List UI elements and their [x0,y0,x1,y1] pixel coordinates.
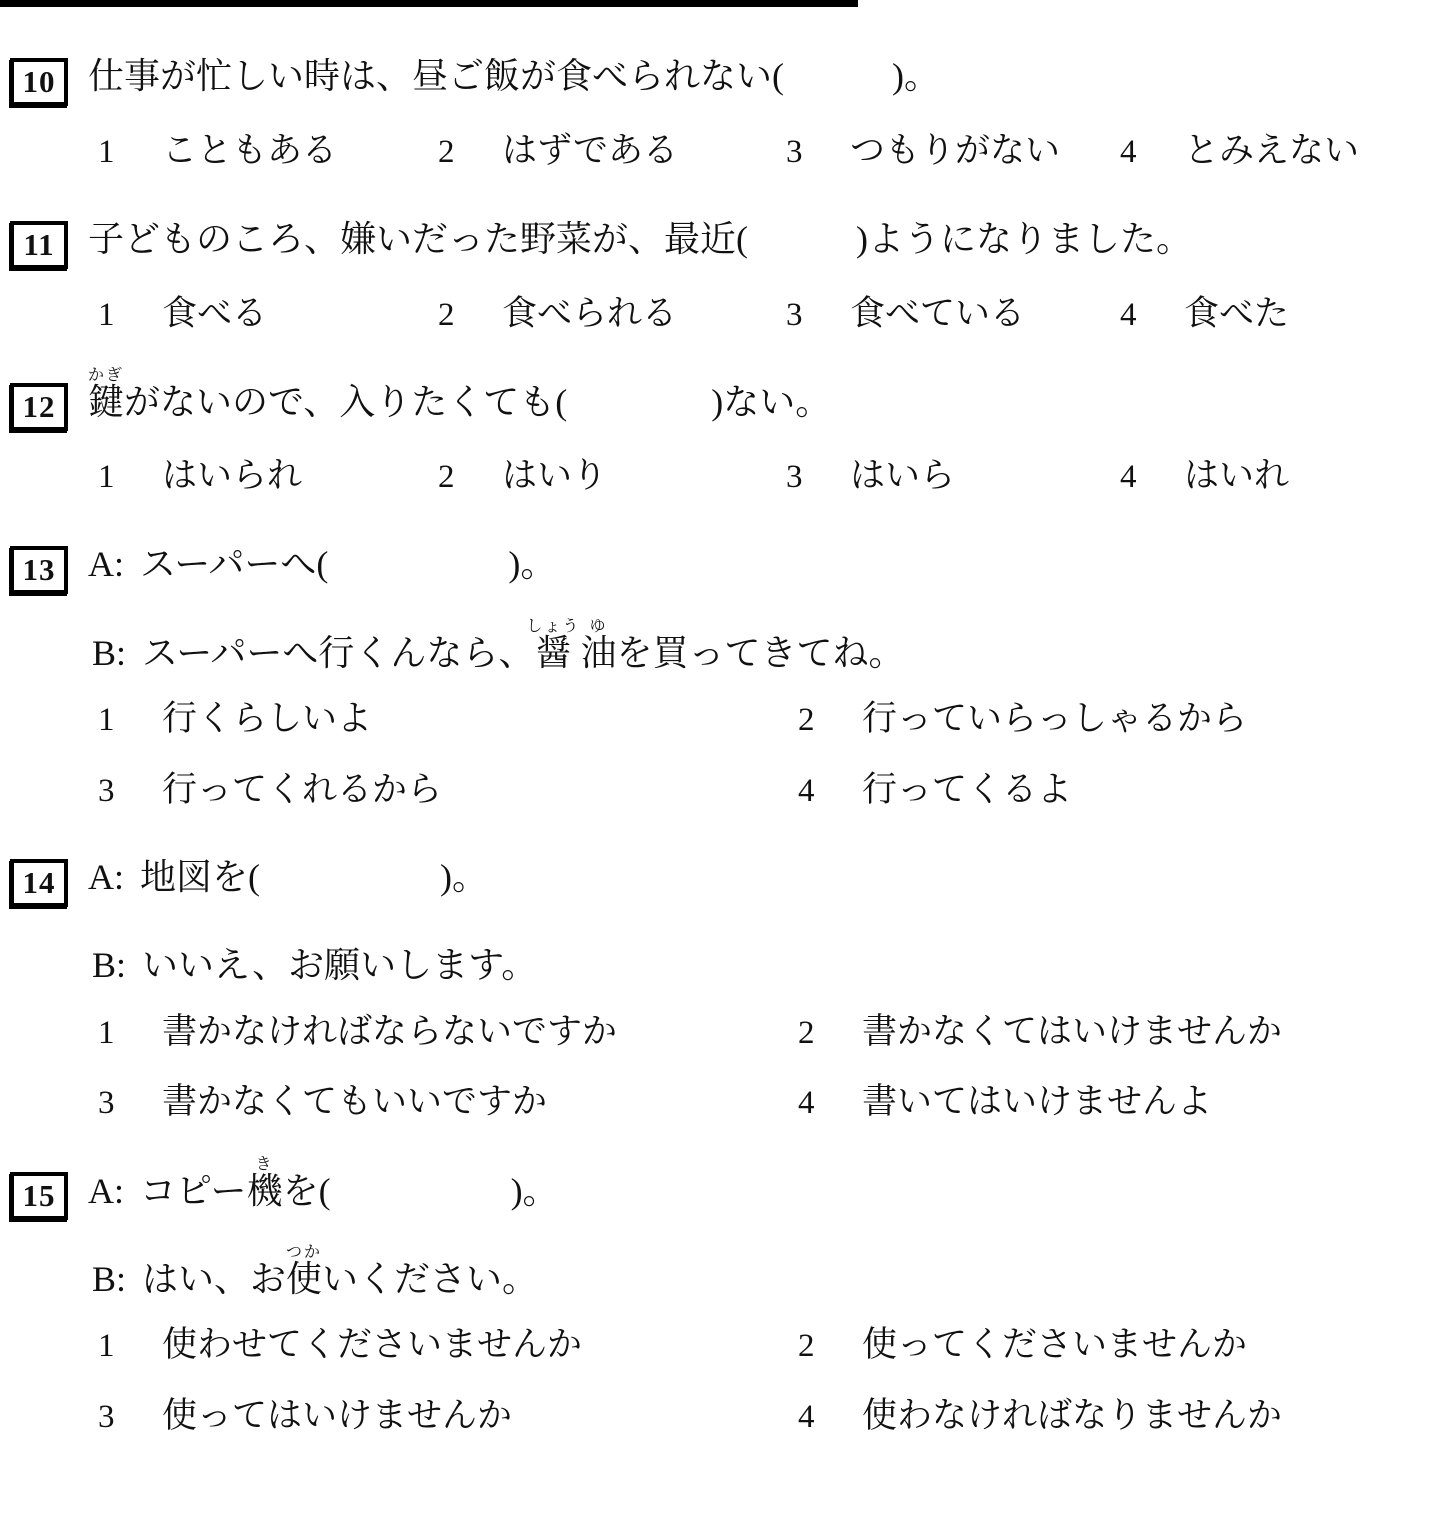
option-item: 4とみえない [1120,130,1424,173]
option-number: 2 [798,1327,862,1367]
option-number: 1 [98,1014,162,1054]
option-number: 2 [438,133,502,173]
option-text: 食べられる [502,293,677,335]
option-item: 1食べる [98,293,438,336]
question-line-text: A:地図を( )。 [88,843,488,898]
option-number: 4 [1120,133,1184,173]
option-text: 書かなくてはいけませんか [862,1011,1282,1053]
option-text: 行ってくるよ [862,769,1072,811]
option-text: 書いてはいけませんよ [862,1081,1212,1123]
text-segment: 地図を( )。 [140,857,488,897]
option-text: 食べている [850,293,1025,335]
text-segment: を( )。 [283,1171,559,1211]
option-text: 使わなければなりませんか [862,1395,1282,1437]
question-line-row: B:スーパーへ行くんなら、醤しょう油ゆを買ってきてね。 [92,618,1424,674]
question-line-row: B:いいえ、お願いします。 [92,931,1424,986]
option-item: 1使わせてくださいませんか [98,1324,798,1367]
question-line-text: B:いいえ、お願いします。 [92,931,537,986]
option-number: 3 [786,133,850,173]
option-item: 1書かなければならないですか [98,1011,798,1054]
option-text: 書かなくてもいいですか [162,1081,547,1123]
question-line-text: 子どものころ、嫌いだった野菜が、最近( )ようになりました。 [88,205,1192,260]
option-item: 2食べられる [438,293,786,336]
question-line-text: 鍵かぎがないので、入りたくても( )ない。 [88,367,831,423]
question-stem-row: 15A:コピー機きを( )。 [10,1156,1424,1220]
speaker-label: A: [88,857,124,897]
question-block: 15A:コピー機きを( )。B:はい、お使つかいください。1使わせてくださいませ… [10,1156,1424,1438]
speaker-label: A: [88,1171,124,1211]
speaker-label: A: [88,544,124,584]
option-item: 2はずである [438,130,786,173]
option-number: 3 [98,772,162,812]
option-number: 3 [98,1398,162,1438]
ruby-annotated-kanji: 機き [247,1171,283,1211]
question-number-badge: 14 [10,859,68,907]
option-number: 1 [98,133,162,173]
options-row: 1こともある2はずである3つもりがない4とみえない [98,130,1424,173]
text-segment: はい、お [142,1259,286,1299]
option-number: 3 [786,296,850,336]
option-text: 食べる [162,293,267,335]
option-text: はいれ [1184,455,1289,497]
option-item: 4はいれ [1120,455,1424,498]
option-item: 4書いてはいけませんよ [798,1081,1424,1124]
option-text: 書かなければならないですか [162,1011,617,1053]
ruby-annotated-kanji: 鍵かぎ [88,382,124,422]
text-segment: 仕事が忙しい時は、昼ご飯が食べられない( )。 [88,56,940,96]
option-text: はいら [850,455,955,497]
question-line-text: A:スーパーへ( )。 [88,530,556,585]
option-number: 1 [98,458,162,498]
option-item: 4使わなければなりませんか [798,1395,1424,1438]
question-stem-row: 11子どものころ、嫌いだった野菜が、最近( )ようになりました。 [10,205,1424,269]
question-number-badge: 13 [10,546,68,594]
option-item: 2はいり [438,455,786,498]
options-row: 1食べる2食べられる3食べている4食べた [98,293,1424,336]
question-stem-row: 14A:地図を( )。 [10,843,1424,907]
option-item: 3つもりがない [786,130,1120,173]
question-number-badge: 10 [10,58,68,106]
question-line-row: B:はい、お使つかいください。 [92,1244,1424,1300]
option-text: 使ってはいけませんか [162,1395,512,1437]
text-segment: いいえ、お願いします。 [142,945,537,985]
question-number-badge: 12 [10,383,68,431]
speaker-label: B: [92,945,126,985]
option-item: 2使ってくださいませんか [798,1324,1424,1367]
option-number: 2 [438,458,502,498]
option-text: はずである [502,130,678,172]
option-item: 3食べている [786,293,1120,336]
speaker-label: B: [92,633,126,673]
question-list: 10仕事が忙しい時は、昼ご飯が食べられない( )。1こともある2はずである3つも… [0,0,1430,1438]
option-text: はいり [502,455,607,497]
question-number-badge: 15 [10,1172,68,1220]
question-stem-row: 10仕事が忙しい時は、昼ご飯が食べられない( )。 [10,42,1424,106]
question-line-text: 仕事が忙しい時は、昼ご飯が食べられない( )。 [88,42,940,97]
question-stem-row: 12鍵かぎがないので、入りたくても( )ない。 [10,367,1424,431]
option-text: こともある [162,130,337,172]
speaker-label: B: [92,1259,126,1299]
question-block: 10仕事が忙しい時は、昼ご飯が食べられない( )。1こともある2はずである3つも… [10,42,1424,173]
option-number: 3 [786,458,850,498]
option-item: 3はいら [786,455,1120,498]
option-text: 行ってくれるから [162,769,442,811]
options-row: 1行くらしいよ2行っていらっしゃるから3行ってくれるから4行ってくるよ [98,698,1424,811]
text-segment: スーパーへ( )。 [140,544,556,584]
option-number: 4 [798,772,862,812]
text-segment: コピー [140,1171,247,1211]
option-item: 1こともある [98,130,438,173]
option-text: 食べた [1184,293,1289,335]
option-number: 2 [438,296,502,336]
top-scan-bar [0,0,858,7]
option-number: 4 [1120,458,1184,498]
question-block: 13A:スーパーへ( )。B:スーパーへ行くんなら、醤しょう油ゆを買ってきてね。… [10,530,1424,812]
text-segment: がないので、入りたくても( )ない。 [124,382,831,422]
option-item: 1はいられ [98,455,438,498]
option-number: 1 [98,296,162,336]
option-item: 2書かなくてはいけませんか [798,1011,1424,1054]
option-number: 1 [98,701,162,741]
option-number: 4 [1120,296,1184,336]
text-segment: を買ってきてね。 [616,633,904,673]
option-item: 3使ってはいけませんか [98,1395,798,1438]
question-line-text: B:スーパーへ行くんなら、醤しょう油ゆを買ってきてね。 [92,618,904,674]
option-number: 1 [98,1327,162,1367]
option-text: 使わせてくださいませんか [162,1324,582,1366]
ruby-annotated-kanji: 醤しょう [534,633,580,673]
option-number: 2 [798,701,862,741]
ruby-annotated-kanji: 使つか [286,1259,322,1299]
option-item: 1行くらしいよ [98,698,798,741]
ruby-annotated-kanji: 油ゆ [580,633,616,673]
option-number: 2 [798,1014,862,1054]
question-block: 12鍵かぎがないので、入りたくても( )ない。1はいられ2はいり3はいら4はいれ [10,367,1424,498]
question-number-badge: 11 [10,221,68,269]
option-item: 2行っていらっしゃるから [798,698,1424,741]
option-number: 4 [798,1398,862,1438]
option-text: とみえない [1184,130,1359,172]
option-item: 3行ってくれるから [98,769,798,812]
text-segment: いください。 [322,1259,538,1299]
option-item: 4食べた [1120,293,1424,336]
question-line-text: B:はい、お使つかいください。 [92,1244,538,1300]
options-row: 1はいられ2はいり3はいら4はいれ [98,455,1424,498]
option-item: 3書かなくてもいいですか [98,1081,798,1124]
option-text: 行っていらっしゃるから [862,698,1247,740]
options-row: 1書かなければならないですか2書かなくてはいけませんか3書かなくてもいいですか4… [98,1011,1424,1124]
option-item: 4行ってくるよ [798,769,1424,812]
question-block: 14A:地図を( )。B:いいえ、お願いします。1書かなければならないですか2書… [10,843,1424,1124]
option-number: 4 [798,1084,862,1124]
text-segment: スーパーへ行くんなら、 [142,633,534,673]
text-segment: 子どものころ、嫌いだった野菜が、最近( )ようになりました。 [88,219,1192,259]
question-stem-row: 13A:スーパーへ( )。 [10,530,1424,594]
option-text: はいられ [162,455,302,497]
option-text: 使ってくださいませんか [862,1324,1247,1366]
option-text: つもりがない [850,130,1060,172]
options-row: 1使わせてくださいませんか2使ってくださいませんか3使ってはいけませんか4使わな… [98,1324,1424,1437]
option-number: 3 [98,1084,162,1124]
option-text: 行くらしいよ [162,698,372,740]
question-line-text: A:コピー機きを( )。 [88,1156,559,1212]
question-block: 11子どものころ、嫌いだった野菜が、最近( )ようになりました。1食べる2食べら… [10,205,1424,336]
